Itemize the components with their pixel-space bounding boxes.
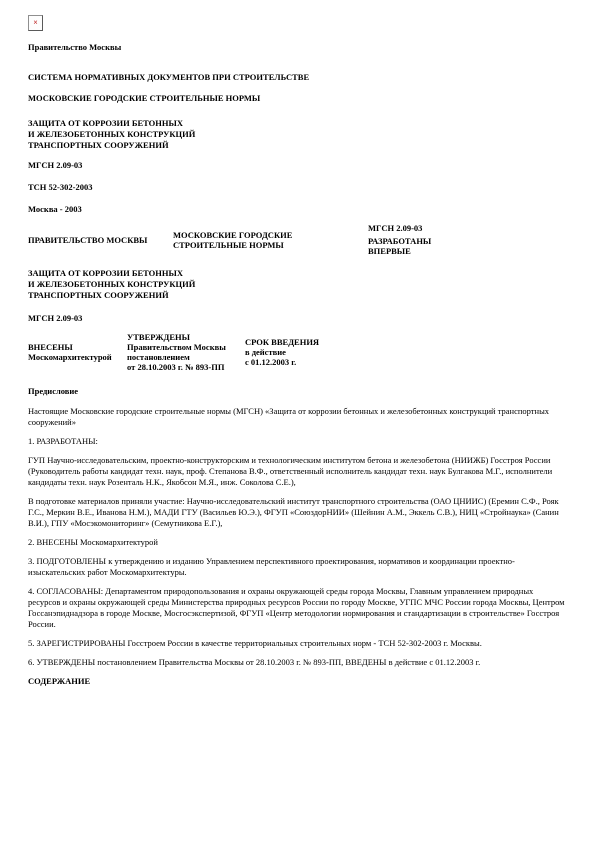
tsn-number: ТСН 52-302-2003 [28,182,567,193]
preface-paragraph: Настоящие Московские городские строитель… [28,406,567,428]
approved-cell: УТВЕРЖДЕНЫ Правительством Москвы постано… [127,332,245,372]
preface-paragraph: ГУП Научно-исследовательским, проектно-к… [28,455,567,488]
effective-line: с 01.12.2003 г. [245,357,567,367]
preface-paragraph: 2. ВНЕСЕНЫ Москомархитектурой [28,537,567,548]
introduced-cell: ВНЕСЕНЫ Москомархитектурой [28,332,127,372]
preface-paragraph: 5. ЗАРЕГИСТРИРОВАНЫ Госстроем России в к… [28,638,567,649]
doc-number: МГСН 2.09-03 [28,160,567,171]
approved-line: Правительством Москвы [127,342,245,352]
info-status-cell: МГСН 2.09-03 РАЗРАБОТАНЫ ВПЕРВЫЕ [368,223,567,256]
preface-heading: Предисловие [28,386,567,397]
preface-paragraph: В подготовке материалов приняли участие:… [28,496,567,529]
document-title-repeat: ЗАЩИТА ОТ КОРРОЗИИ БЕТОННЫХ И ЖЕЛЕЗОБЕТО… [28,268,567,301]
document-title-line: ЗАЩИТА ОТ КОРРОЗИИ БЕТОННЫХ [28,118,567,129]
approved-line: УТВЕРЖДЕНЫ [127,332,245,342]
contents-heading: СОДЕРЖАНИЕ [28,676,567,687]
document-title-line: ТРАНСПОРТНЫХ СООРУЖЕНИЙ [28,290,567,301]
city-year: Москва - 2003 [28,204,567,215]
info-status-line: ВПЕРВЫЕ [368,246,567,256]
approval-table: ВНЕСЕНЫ Москомархитектурой УТВЕРЖДЕНЫ Пр… [28,332,567,372]
document-title: ЗАЩИТА ОТ КОРРОЗИИ БЕТОННЫХ И ЖЕЛЕЗОБЕТО… [28,118,567,151]
info-authority-cell: ПРАВИТЕЛЬСТВО МОСКВЫ [28,223,173,256]
document-title-line: ТРАНСПОРТНЫХ СООРУЖЕНИЙ [28,140,567,151]
info-doc-number: МГСН 2.09-03 [368,223,567,233]
preface-paragraph: 6. УТВЕРЖДЕНЫ постановлением Правительст… [28,657,567,668]
info-norms-cell: МОСКОВСКИЕ ГОРОДСКИЕ СТРОИТЕЛЬНЫЕ НОРМЫ [173,223,368,256]
approved-line: от 28.10.2003 г. № 893-ПП [127,362,245,372]
broken-image-icon: × [28,15,43,31]
effective-date-cell: СРОК ВВЕДЕНИЯ в действие с 01.12.2003 г. [245,332,567,372]
info-table: ПРАВИТЕЛЬСТВО МОСКВЫ МОСКОВСКИЕ ГОРОДСКИ… [28,223,567,256]
effective-line: СРОК ВВЕДЕНИЯ [245,337,567,347]
info-norms-line: СТРОИТЕЛЬНЫЕ НОРМЫ [173,240,368,250]
introduced-line: Москомархитектурой [28,352,127,362]
info-status-line: РАЗРАБОТАНЫ [368,236,567,246]
info-table-row: ПРАВИТЕЛЬСТВО МОСКВЫ МОСКОВСКИЕ ГОРОДСКИ… [28,223,567,256]
document-title-line: И ЖЕЛЕЗОБЕТОННЫХ КОНСТРУКЦИЙ [28,129,567,140]
preface-paragraph: 4. СОГЛАСОВАНЫ: Департаментом природопол… [28,586,567,630]
approval-table-row: ВНЕСЕНЫ Москомархитектурой УТВЕРЖДЕНЫ Пр… [28,332,567,372]
introduced-line: ВНЕСЕНЫ [28,342,127,352]
approved-line: постановлением [127,352,245,362]
preface-paragraph: 3. ПОДГОТОВЛЕНЫ к утверждению и изданию … [28,556,567,578]
publisher-line: Правительство Москвы [28,42,567,53]
effective-line: в действие [245,347,567,357]
preface-paragraph: 1. РАЗРАБОТАНЫ: [28,436,567,447]
system-heading: СИСТЕМА НОРМАТИВНЫХ ДОКУМЕНТОВ ПРИ СТРОИ… [28,72,567,83]
broken-image-glyph: × [33,19,38,27]
norms-heading: МОСКОВСКИЕ ГОРОДСКИЕ СТРОИТЕЛЬНЫЕ НОРМЫ [28,93,567,104]
document-title-line: И ЖЕЛЕЗОБЕТОННЫХ КОНСТРУКЦИЙ [28,279,567,290]
doc-number-repeat: МГСН 2.09-03 [28,313,567,324]
document-title-line: ЗАЩИТА ОТ КОРРОЗИИ БЕТОННЫХ [28,268,567,279]
document-page: × Правительство Москвы СИСТЕМА НОРМАТИВН… [0,0,595,842]
info-authority-text: ПРАВИТЕЛЬСТВО МОСКВЫ [28,235,147,245]
info-norms-line: МОСКОВСКИЕ ГОРОДСКИЕ [173,230,368,240]
